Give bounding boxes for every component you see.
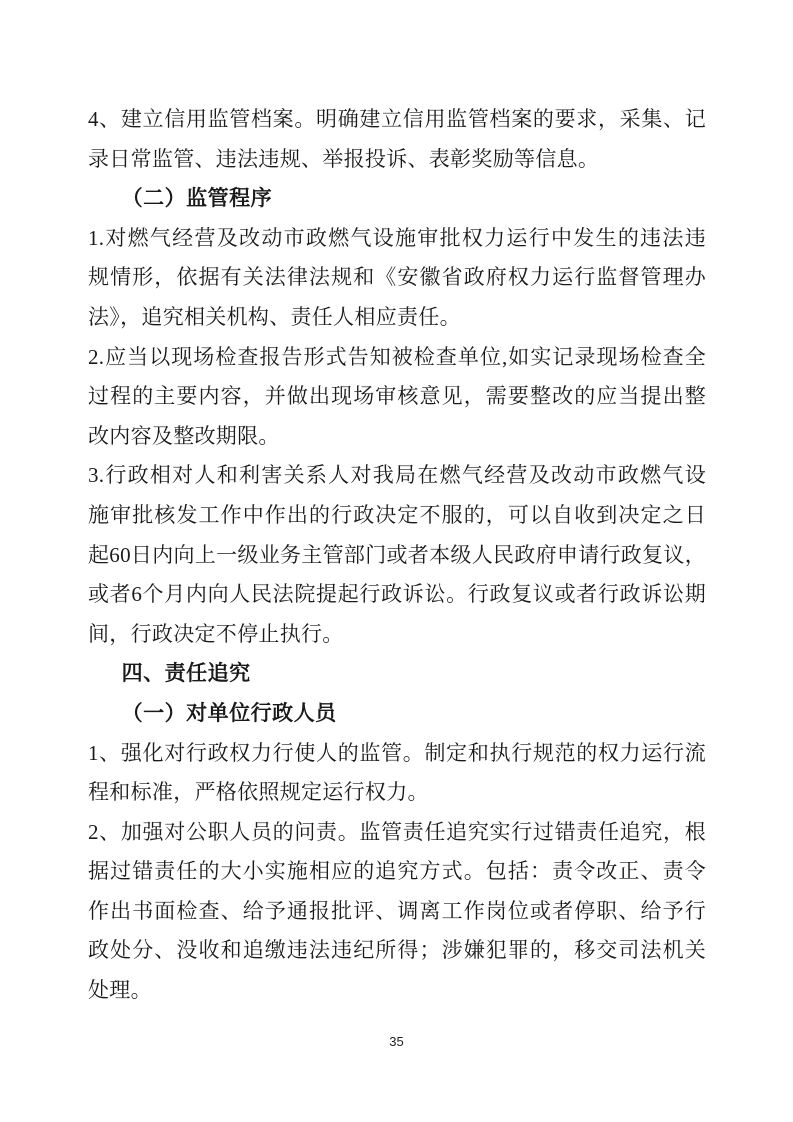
- text-line: 政处分、没收和追缴违法违纪所得；涉嫌犯罪的，移交司法机关: [88, 931, 706, 971]
- text-line: （一）对单位行政人员: [88, 694, 706, 734]
- paragraph: 3.行政相对人和利害关系人对我局在燃气经营及改动市政燃气设施审批核发工作中作出的…: [88, 456, 706, 654]
- page-footer: 35: [0, 1034, 793, 1049]
- text-line: （二）监管程序: [88, 179, 706, 219]
- text-line: 录日常监管、违法违规、举报投诉、表彰奖励等信息。: [88, 140, 706, 180]
- text-line: 3.行政相对人和利害关系人对我局在燃气经营及改动市政燃气设: [88, 456, 706, 496]
- section-heading: （一）对单位行政人员: [88, 694, 706, 734]
- text-line: 起60日内向上一级业务主管部门或者本级人民政府申请行政复议，: [88, 536, 706, 576]
- section-heading: （二）监管程序: [88, 179, 706, 219]
- text-line: 据过错责任的大小实施相应的追究方式。包括：责令改正、责令: [88, 852, 706, 892]
- text-line: 过程的主要内容，并做出现场审核意见，需要整改的应当提出整: [88, 377, 706, 417]
- text-line: 1.对燃气经营及改动市政燃气设施审批权力运行中发生的违法违: [88, 219, 706, 259]
- text-line: 间，行政决定不停止执行。: [88, 615, 706, 655]
- text-line: 4、建立信用监管档案。明确建立信用监管档案的要求，采集、记: [88, 100, 706, 140]
- text-line: 程和标准，严格依照规定运行权力。: [88, 773, 706, 813]
- text-line: 或者6个月内向人民法院提起行政诉讼。行政复议或者行政诉讼期: [88, 575, 706, 615]
- text-line: 法》，追究相关机构、责任人相应责任。: [88, 298, 706, 338]
- paragraph: 2、加强对公职人员的问责。监管责任追究实行过错责任追究，根据过错责任的大小实施相…: [88, 813, 706, 1011]
- text-line: 作出书面检查、给予通报批评、调离工作岗位或者停职、给予行: [88, 892, 706, 932]
- paragraph: 1、强化对行政权力行使人的监管。制定和执行规范的权力运行流程和标准，严格依照规定…: [88, 734, 706, 813]
- text-line: 2、加强对公职人员的问责。监管责任追究实行过错责任追究，根: [88, 813, 706, 853]
- text-line: 四、责任追究: [88, 654, 706, 694]
- document-body: 4、建立信用监管档案。明确建立信用监管档案的要求，采集、记录日常监管、违法违规、…: [88, 100, 706, 1011]
- page-number: 35: [389, 1034, 403, 1049]
- text-line: 1、强化对行政权力行使人的监管。制定和执行规范的权力运行流: [88, 734, 706, 774]
- section-heading: 四、责任追究: [88, 654, 706, 694]
- text-line: 规情形，依据有关法律法规和《安徽省政府权力运行监督管理办: [88, 258, 706, 298]
- paragraph: 1.对燃气经营及改动市政燃气设施审批权力运行中发生的违法违规情形，依据有关法律法…: [88, 219, 706, 338]
- document-page: 4、建立信用监管档案。明确建立信用监管档案的要求，采集、记录日常监管、违法违规、…: [0, 0, 793, 1122]
- paragraph: 2.应当以现场检查报告形式告知被检查单位,如实记录现场检查全过程的主要内容，并做…: [88, 338, 706, 457]
- text-line: 施审批核发工作中作出的行政决定不服的，可以自收到决定之日: [88, 496, 706, 536]
- paragraph: 4、建立信用监管档案。明确建立信用监管档案的要求，采集、记录日常监管、违法违规、…: [88, 100, 706, 179]
- text-line: 2.应当以现场检查报告形式告知被检查单位,如实记录现场检查全: [88, 338, 706, 378]
- text-line: 改内容及整改期限。: [88, 417, 706, 457]
- text-line: 处理。: [88, 971, 706, 1011]
